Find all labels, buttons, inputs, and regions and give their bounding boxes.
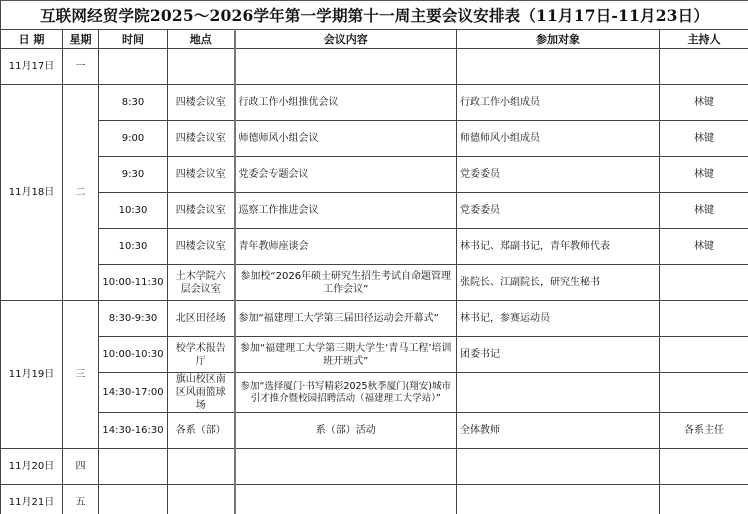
attendees-cell: 全体教师 [457,413,660,449]
content-cell: 师德师风小组会议 [235,121,457,157]
meeting-schedule-sheet: 互联网经贸学院2025～2026学年第一学期第十一周主要会议安排表（11月17日… [0,0,748,514]
table-row: 11月19日 三 8:30-9:30 北区田径场 参加“福建理工大学第三届田径运… [1,301,748,337]
weekday-cell: 四 [63,449,99,485]
weekday-cell: 一 [63,49,99,85]
date-cell: 11月18日 [1,85,63,301]
content-cell: 参加“福建理工大学第三期大学生‘青马工程’培训班开班式” [235,337,457,373]
attendees-cell [457,49,660,85]
time-cell [99,485,168,514]
host-cell: 各系主任 [660,413,748,449]
location-cell: 四楼会议室 [168,85,235,121]
table-row: 11月18日 二 8:30 四楼会议室 行政工作小组推优会议 行政工作小组成员 … [1,85,748,121]
location-cell: 四楼会议室 [168,229,235,265]
weekday-cell: 三 [63,301,99,449]
attendees-cell: 党委委员 [457,193,660,229]
content-cell: 青年教师座谈会 [235,229,457,265]
time-cell: 10:30 [99,229,168,265]
content-cell: 行政工作小组推优会议 [235,85,457,121]
date-cell: 11月20日 [1,449,63,485]
table-row: 10:00-11:30 土木学院六层会议室 参加校“2026年硕士研究生招生考试… [1,265,748,301]
location-cell: 四楼会议室 [168,157,235,193]
location-cell: 四楼会议室 [168,121,235,157]
header-time: 时间 [99,30,168,49]
time-cell: 14:30-17:00 [99,373,168,413]
content-cell [235,485,457,514]
time-cell: 8:30-9:30 [99,301,168,337]
header-date: 日 期 [1,30,63,49]
content-cell: 参加校“2026年硕士研究生招生考试自命题管理工作会议” [235,265,457,301]
attendees-cell: 张院长、江副院长，研究生秘书 [457,265,660,301]
time-cell: 10:30 [99,193,168,229]
attendees-cell: 党委委员 [457,157,660,193]
header-location: 地点 [168,30,235,49]
weekday-cell: 二 [63,85,99,301]
host-cell [660,485,748,514]
content-cell: 巡察工作推进会议 [235,193,457,229]
attendees-cell: 师德师风小组成员 [457,121,660,157]
header-weekday: 星期 [63,30,99,49]
table-row: 9:30 四楼会议室 党委会专题会议 党委委员 林键 [1,157,748,193]
host-cell [660,449,748,485]
time-cell [99,449,168,485]
location-cell: 土木学院六层会议室 [168,265,235,301]
location-cell [168,49,235,85]
table-row: 14:30-16:30 各系（部） 系（部）活动 全体教师 各系主任 [1,413,748,449]
host-cell [660,337,748,373]
location-cell: 校学术报告厅 [168,337,235,373]
title-row: 互联网经贸学院2025～2026学年第一学期第十一周主要会议安排表（11月17日… [1,1,748,30]
meeting-schedule-table: 互联网经贸学院2025～2026学年第一学期第十一周主要会议安排表（11月17日… [0,0,748,514]
attendees-cell [457,449,660,485]
date-cell: 11月19日 [1,301,63,449]
host-cell: 林键 [660,157,748,193]
time-cell [99,49,168,85]
time-cell: 10:00-10:30 [99,337,168,373]
table-row: 11月21日 五 [1,485,748,514]
attendees-cell [457,485,660,514]
attendees-cell: 行政工作小组成员 [457,85,660,121]
attendees-cell: 林书记，参赛运动员 [457,301,660,337]
content-cell [235,49,457,85]
table-row: 9:00 四楼会议室 师德师风小组会议 师德师风小组成员 林键 [1,121,748,157]
host-cell: 林键 [660,121,748,157]
content-cell: 参加“福建理工大学第三届田径运动会开幕式” [235,301,457,337]
host-cell [660,301,748,337]
content-cell: 系（部）活动 [235,413,457,449]
table-row: 14:30-17:00 旗山校区南区风雨篮球场 参加“选择厦门·书写精彩2025… [1,373,748,413]
time-cell: 10:00-11:30 [99,265,168,301]
location-cell: 四楼会议室 [168,193,235,229]
table-row: 10:30 四楼会议室 青年教师座谈会 林书记、郑副书记，青年教师代表 林键 [1,229,748,265]
table-row: 10:30 四楼会议室 巡察工作推进会议 党委委员 林键 [1,193,748,229]
host-cell [660,265,748,301]
time-cell: 9:00 [99,121,168,157]
time-cell: 8:30 [99,85,168,121]
time-cell: 14:30-16:30 [99,413,168,449]
header-row: 日 期 星期 时间 地点 会议内容 参加对象 主持人 [1,30,748,49]
header-attendees: 参加对象 [457,30,660,49]
header-host: 主持人 [660,30,748,49]
table-row: 10:00-10:30 校学术报告厅 参加“福建理工大学第三期大学生‘青马工程’… [1,337,748,373]
attendees-cell: 林书记、郑副书记，青年教师代表 [457,229,660,265]
header-content: 会议内容 [235,30,457,49]
location-cell: 北区田径场 [168,301,235,337]
host-cell: 林键 [660,193,748,229]
table-row: 11月20日 四 [1,449,748,485]
host-cell: 林键 [660,85,748,121]
host-cell [660,49,748,85]
location-cell [168,449,235,485]
content-cell: 参加“选择厦门·书写精彩2025秋季厦门(翔安)城市引才推介暨校园招聘活动（福建… [235,373,457,413]
date-cell: 11月17日 [1,49,63,85]
content-cell: 党委会专题会议 [235,157,457,193]
attendees-cell: 团委书记 [457,337,660,373]
content-cell [235,449,457,485]
location-cell: 各系（部） [168,413,235,449]
time-cell: 9:30 [99,157,168,193]
location-cell: 旗山校区南区风雨篮球场 [168,373,235,413]
host-cell: 林键 [660,229,748,265]
page-title: 互联网经贸学院2025～2026学年第一学期第十一周主要会议安排表（11月17日… [1,1,748,30]
location-cell [168,485,235,514]
attendees-cell [457,373,660,413]
weekday-cell: 五 [63,485,99,514]
host-cell [660,373,748,413]
date-cell: 11月21日 [1,485,63,514]
table-row: 11月17日 一 [1,49,748,85]
